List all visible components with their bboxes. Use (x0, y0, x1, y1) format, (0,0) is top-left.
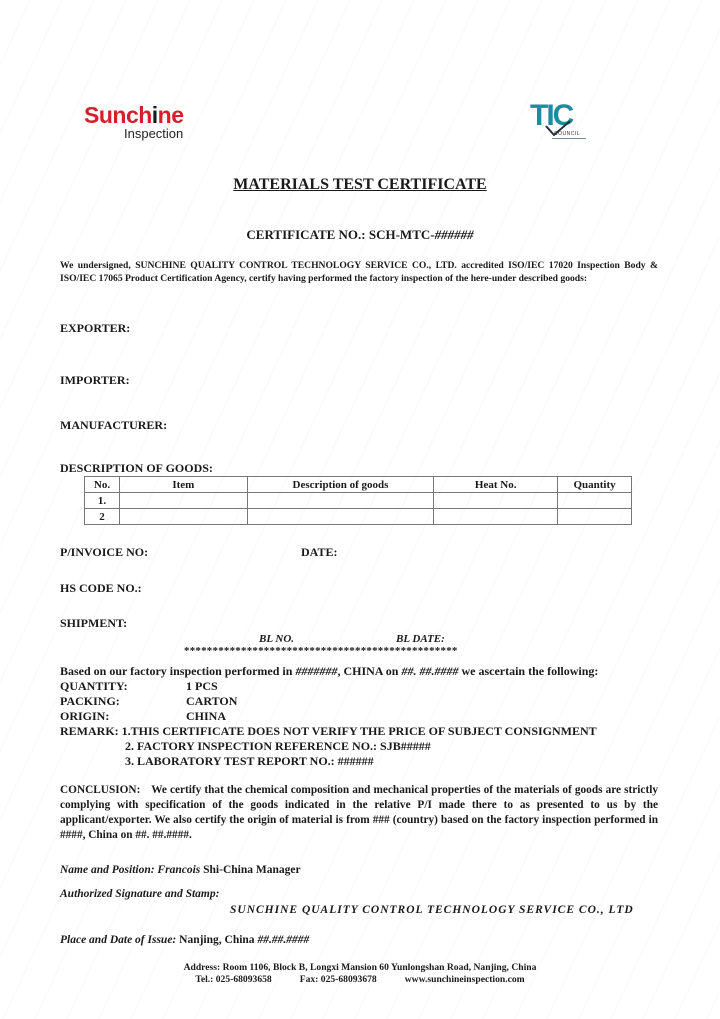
column-header: Heat No. (434, 477, 558, 493)
table-cell (434, 509, 558, 525)
table-cell (558, 493, 632, 509)
website-link[interactable]: www.sunchineinspection.com (405, 974, 525, 985)
table-row: 1. (85, 493, 632, 509)
bl-no-label: BL NO. (259, 633, 294, 645)
table-cell (247, 493, 434, 509)
place-and-date: Place and Date of Issue: Nanjing, China … (60, 934, 309, 946)
table-cell (558, 509, 632, 525)
exporter-label: EXPORTER: (60, 321, 130, 336)
packing-row: PACKING:CARTON (60, 694, 670, 709)
inspection-findings: Based on our factory inspection performe… (60, 664, 670, 769)
name-and-position: Name and Position: Francois Shi-China Ma… (60, 864, 301, 876)
remark-row: 2. FACTORY INSPECTION REFERENCE NO.: SJB… (60, 739, 670, 754)
document-title: MATERIALS TEST CERTIFICATE (0, 176, 720, 194)
findings-intro: Based on our factory inspection performe… (60, 664, 670, 679)
table-cell (119, 493, 247, 509)
column-header: Item (119, 477, 247, 493)
table-cell (247, 509, 434, 525)
hs-code-label: HS CODE NO.: (60, 581, 142, 596)
tic-subtitle: COUNCIL (554, 131, 580, 137)
description-of-goods-label: DESCRIPTION OF GOODS: (60, 461, 213, 476)
tic-tagline (552, 138, 586, 139)
bl-date-label: BL DATE: (396, 633, 445, 645)
certificate-number: CERTIFICATE NO.: SCH-MTC-###### (0, 227, 720, 243)
quantity-row: QUANTITY:1 PCS (60, 679, 670, 694)
origin-row: ORIGIN:CHINA (60, 709, 670, 724)
company-signature: SUNCHINE QUALITY CONTROL TECHNOLOGY SERV… (230, 904, 634, 916)
goods-table: No. Item Description of goods Heat No. Q… (84, 476, 632, 525)
table-row: 2 (85, 509, 632, 525)
column-header: No. (85, 477, 120, 493)
footer: Address: Room 1106, Block B, Longxi Mans… (0, 962, 720, 986)
footer-address: Address: Room 1106, Block B, Longxi Mans… (0, 962, 720, 974)
shipment-label: SHIPMENT: (60, 616, 127, 631)
tic-council-logo: TIC COUNCIL (530, 100, 600, 146)
invoice-label: P/INVOICE NO: (60, 545, 148, 560)
column-header: Quantity (558, 477, 632, 493)
importer-label: IMPORTER: (60, 373, 130, 388)
conclusion-paragraph: CONCLUSION: We certify that the chemical… (60, 783, 658, 843)
table-cell: 2 (85, 509, 120, 525)
date-label: DATE: (301, 545, 337, 560)
goods-table-header: No. Item Description of goods Heat No. Q… (85, 477, 632, 493)
column-header: Description of goods (247, 477, 434, 493)
separator-stars: ****************************************… (184, 645, 458, 657)
footer-contact: Tel.: 025-68093658Fax: 025-68093678www.s… (0, 974, 720, 986)
table-cell (434, 493, 558, 509)
logo-text: ne (158, 102, 184, 128)
logo-text: Sunch (84, 102, 152, 128)
manufacturer-label: MANUFACTURER: (60, 418, 167, 433)
sunchine-logo: Sunchine Inspection (84, 102, 204, 148)
table-cell: 1. (85, 493, 120, 509)
remark-row: REMARK: 1.THIS CERTIFICATE DOES NOT VERI… (60, 724, 670, 739)
table-cell (119, 509, 247, 525)
authorized-signature-label: Authorized Signature and Stamp: (60, 888, 219, 900)
remark-row: 3. LABORATORY TEST REPORT NO.: ###### (60, 754, 670, 769)
logo-subtitle: Inspection (124, 126, 183, 141)
intro-paragraph: We undersigned, SUNCHINE QUALITY CONTROL… (60, 259, 658, 285)
